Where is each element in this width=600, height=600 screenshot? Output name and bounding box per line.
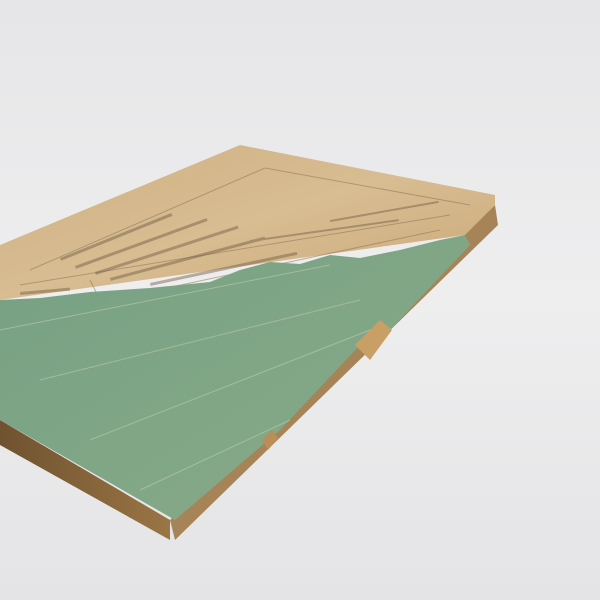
photo-scene [0,0,600,600]
book-photo [0,0,600,600]
